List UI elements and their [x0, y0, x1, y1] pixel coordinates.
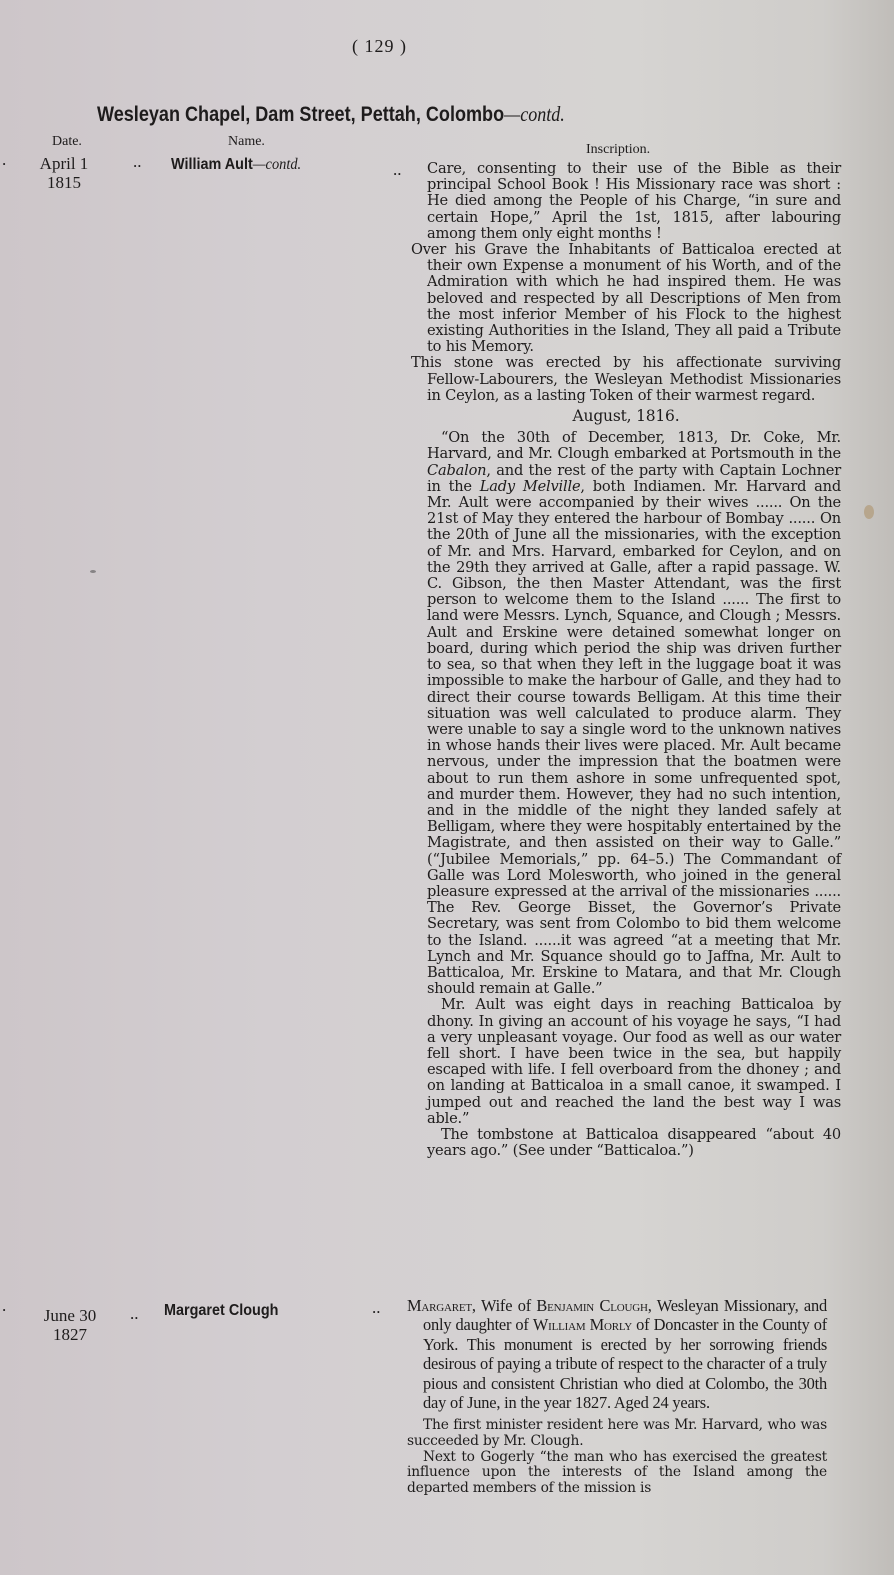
inscription-text: , Wife of [472, 1296, 537, 1315]
leader-dots: .. [393, 160, 402, 180]
date-day: June 30 [34, 1306, 106, 1325]
leader-dots: .. [372, 1298, 381, 1318]
paper-speck [90, 570, 96, 573]
name-text: William Ault [171, 156, 253, 173]
ship-name: Cabalon [427, 462, 486, 479]
inscription-name: William Morly [533, 1315, 632, 1334]
historical-note: Mr. Ault was eight days in reaching Batt… [411, 997, 841, 1127]
name-contd: —contd. [253, 156, 301, 173]
name-text: Margaret Clough [164, 1302, 278, 1319]
inscription-margaret-clough: Margaret, Wife of Benjamin Clough, Wesle… [407, 1296, 827, 1496]
inscription-name: Margaret [407, 1296, 472, 1315]
inscription-paragraph: Margaret, Wife of Benjamin Clough, Wesle… [407, 1296, 827, 1412]
date-year: 1827 [34, 1325, 106, 1344]
historical-note: Next to Gogerly “the man who has exercis… [407, 1450, 827, 1497]
date-year: 1815 [36, 173, 92, 192]
ship-name: Lady Melville [480, 478, 581, 495]
leader-dots: .. [130, 1304, 139, 1324]
heading-title: Wesleyan Chapel, Dam Street, Pettah, Col… [97, 103, 504, 126]
inscription-date: August, 1816. [411, 408, 841, 424]
column-header-date: Date. [52, 134, 82, 150]
page-heading: Wesleyan Chapel, Dam Street, Pettah, Col… [97, 102, 565, 127]
entry-name: Margaret Clough [164, 1302, 278, 1320]
historical-note: The first minister resident here was Mr.… [407, 1418, 827, 1449]
date-day: April 1 [36, 154, 92, 173]
note-text: , both Indiamen. Mr. Harvard and Mr. Aul… [427, 478, 841, 997]
inscription-william-ault: Care, consenting to their use of the Bib… [411, 161, 841, 1159]
leader-dots: .. [133, 152, 142, 172]
paper-stain [864, 505, 874, 519]
column-header-inscription: Inscription. [586, 142, 650, 158]
page-number: ( 129 ) [352, 36, 407, 57]
inscription-paragraph: Care, consenting to their use of the Bib… [411, 161, 841, 242]
heading-contd: —contd. [504, 102, 565, 126]
entry-name: William Ault—contd. [171, 156, 301, 174]
historical-note: The tombstone at Batticaloa disappeared … [411, 1127, 841, 1159]
column-header-name: Name. [228, 134, 265, 150]
note-text: “On the 30th of December, 1813, Dr. Coke… [427, 429, 841, 462]
entry-date: June 30 1827 [34, 1306, 106, 1344]
entry-marker: . [2, 1296, 6, 1316]
historical-note: “On the 30th of December, 1813, Dr. Coke… [411, 430, 841, 997]
entry-marker: . [2, 150, 6, 170]
inscription-paragraph: This stone was erected by his affectiona… [411, 355, 841, 404]
inscription-name: Benjamin Clough [536, 1296, 647, 1315]
entry-date: April 1 1815 [36, 154, 92, 192]
inscription-paragraph: Over his Grave the Inhabitants of Battic… [411, 242, 841, 355]
